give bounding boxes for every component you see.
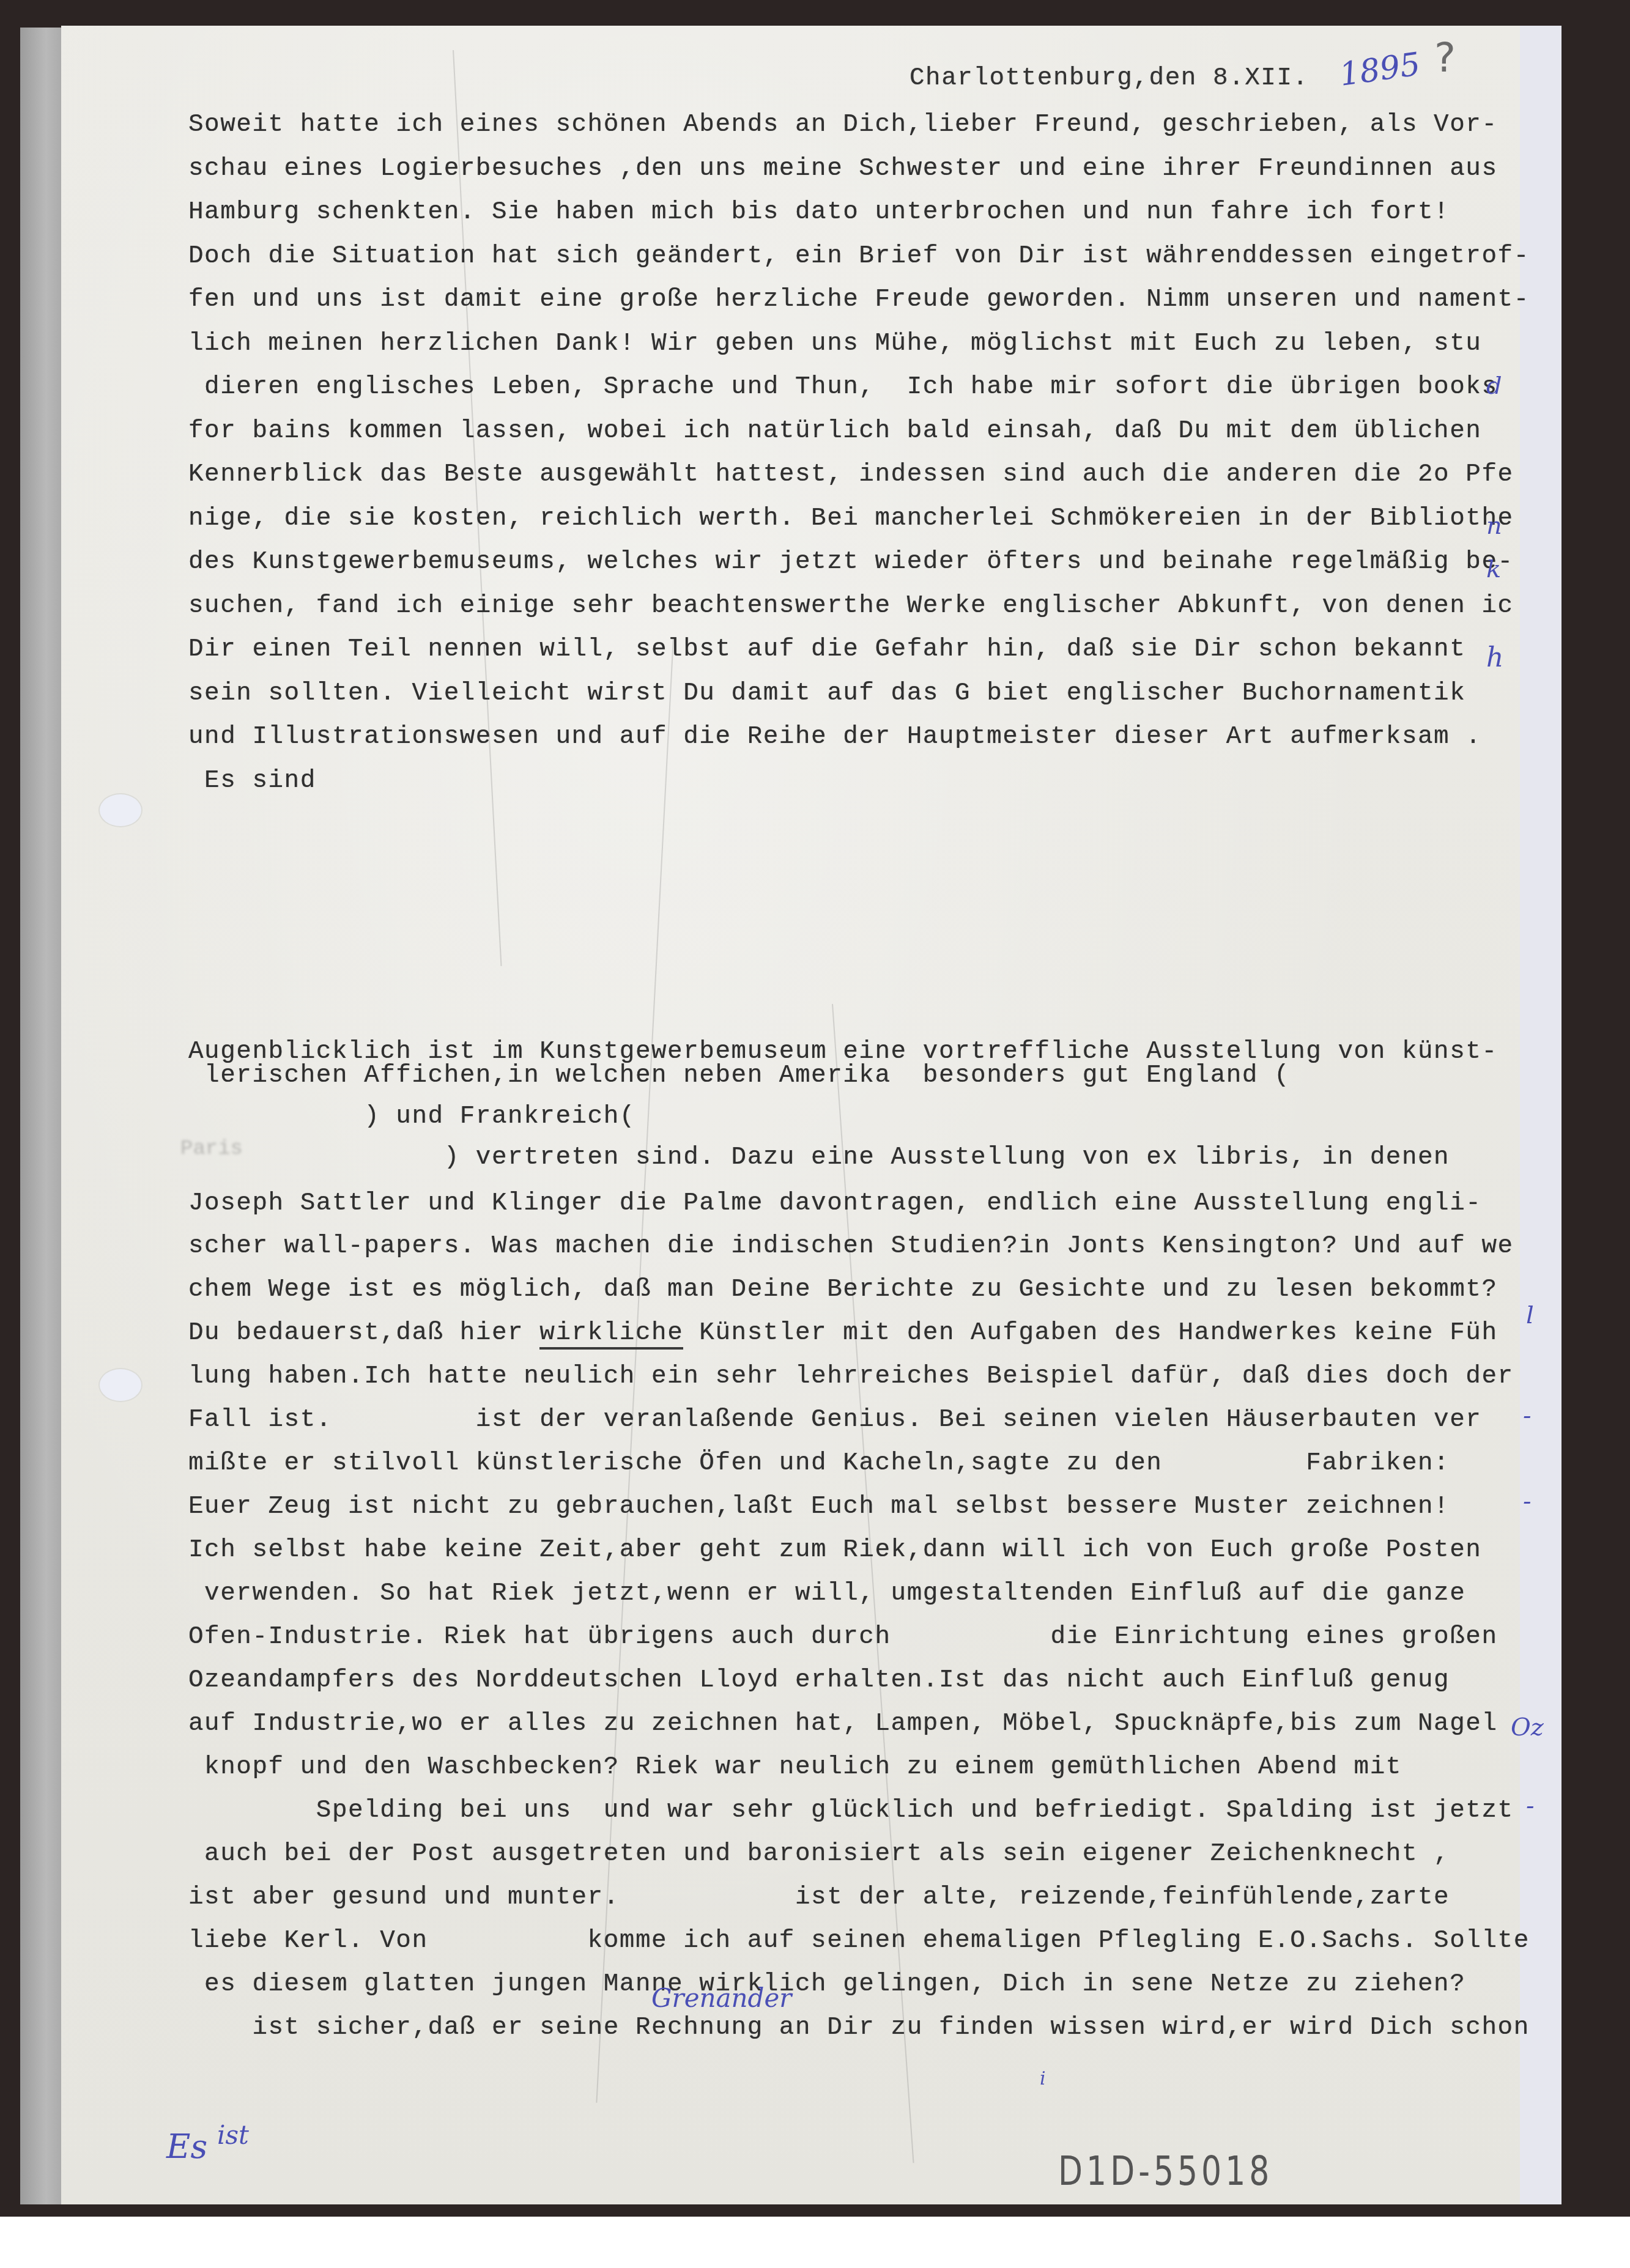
text-line: lerischen Affichen,in welchen neben Amer… (188, 1063, 1290, 1088)
annotation-dash-nagel: - (1526, 1792, 1535, 1820)
tissue-paper-strip (20, 28, 63, 2204)
archive-number: D1D-55018 (1058, 2149, 1273, 2195)
text-line: es diesem glatten jungen Manne wirklich … (188, 1972, 1465, 1997)
text-line: Ofen-Industrie. Riek hat übrigens auch d… (188, 1625, 1498, 1650)
text-line: Soweit hatte ich eines schönen Abends an… (188, 113, 1498, 138)
text-line: Euer Zeug ist nicht zu gebrauchen,laßt E… (188, 1494, 1450, 1520)
text-line: Spelding bei uns und war sehr glücklich … (188, 1798, 1514, 1823)
handwritten-year: 1895 (1337, 46, 1422, 94)
text-line: for bains kommen lassen, wobei ich natür… (188, 419, 1481, 444)
text-line: fen und uns ist damit eine große herzlic… (188, 287, 1530, 312)
text-line: Ozeandampfers des Norddeutschen Lloyd er… (188, 1668, 1450, 1693)
text-line: Joseph Sattler und Klinger die Palme dav… (188, 1191, 1481, 1216)
text-line: ist aber gesund und munter. ist der alte… (188, 1885, 1450, 1910)
text-line: chem Wege ist es möglich, daß man Deine … (188, 1277, 1498, 1302)
annotation-grenander: Grenander (651, 1983, 791, 2013)
text-line: ist sicher,daß er seine Rechnung an Dir … (188, 2015, 1530, 2041)
text-line: liebe Kerl. Von komme ich auf seinen ehe… (188, 1929, 1530, 1954)
text-line: Doch die Situation hat sich geändert, ei… (188, 244, 1530, 269)
annotation-d: d (1486, 372, 1502, 400)
text-line: sein sollten. Vielleicht wirst Du damit … (188, 681, 1465, 706)
text-line: Ich selbst habe keine Zeit,aber geht zum… (188, 1538, 1481, 1563)
annotation-h: h (1486, 642, 1503, 673)
text-line: auch bei der Post ausgetreten und baroni… (188, 1842, 1450, 1867)
text-line: lich meinen herzlichen Dank! Wir geben u… (188, 331, 1481, 356)
text-line: Hamburg schenkten. Sie haben mich bis da… (188, 200, 1450, 225)
annotation-insert-i: i (1040, 2068, 1046, 2089)
annotation-l: l (1526, 1301, 1534, 1329)
ghost-text: Paris (180, 1137, 243, 1161)
text-line: suchen, fand ich einige sehr beachtenswe… (188, 594, 1514, 619)
text-line: Kennerblick das Beste ausgewählt hattest… (188, 462, 1514, 487)
text-line: Du bedauerst,daß hier wirkliche Künstler… (188, 1321, 1498, 1346)
text-line: dieren englisches Leben, Sprache und Thu… (188, 375, 1498, 400)
text-line: des Kunstgewerbemuseums, welches wir jet… (188, 550, 1514, 575)
pencil-query-mark: ? (1434, 34, 1456, 81)
backing-sheet (1520, 26, 1561, 2204)
text-line: schau eines Logierbesuches ,den uns mein… (188, 157, 1498, 182)
text-line: knopf und den Waschbecken? Riek war neul… (188, 1755, 1402, 1780)
annotation-oz: Oz (1511, 1713, 1544, 1742)
annotation-n: n (1486, 512, 1502, 540)
punch-hole-top (100, 794, 141, 826)
letter-page: Charlottenburg,den 8.XII. 1895 ? Soweit … (61, 26, 1520, 2204)
text-line: verwenden. So hat Riek jetzt,wenn er wil… (188, 1581, 1465, 1606)
punch-hole-bottom (100, 1369, 141, 1401)
text-line: lung haben.Ich hatte neulich ein sehr le… (188, 1364, 1514, 1389)
place-date: Charlottenburg,den 8.XII. (909, 66, 1309, 91)
text-line: Dir einen Teil nennen will, selbst auf d… (188, 637, 1465, 662)
text-line: nige, die sie kosten, reichlich werth. B… (188, 506, 1514, 531)
text-line: auf Industrie,wo er alles zu zeichnen ha… (188, 1712, 1498, 1737)
text-line: mißte er stilvoll künstlerische Öfen und… (188, 1451, 1450, 1476)
text-line: Fall ist. ist der veranlaßende Genius. B… (188, 1408, 1481, 1433)
annotation-ist: ist (217, 2120, 249, 2150)
text-line: ) vertreten sind. Dazu eine Ausstellung … (188, 1145, 1450, 1170)
annotation-k: k (1486, 555, 1501, 583)
text-line: und Illustrationswesen und auf die Reihe… (188, 725, 1481, 750)
annotation-dash-fuh: - (1523, 1402, 1532, 1430)
annotation-es: Es (166, 2127, 207, 2166)
text-line: ) und Frankreich( (188, 1104, 635, 1129)
underlined-word: wirkliche (539, 1319, 683, 1350)
text-line: scher wall-papers. Was machen die indisc… (188, 1234, 1514, 1259)
text-line: Augenblicklich ist im Kunstgewerbemuseum… (188, 1040, 1498, 1065)
annotation-dash-ver: - (1523, 1487, 1532, 1515)
text-line: Es sind (188, 769, 316, 794)
